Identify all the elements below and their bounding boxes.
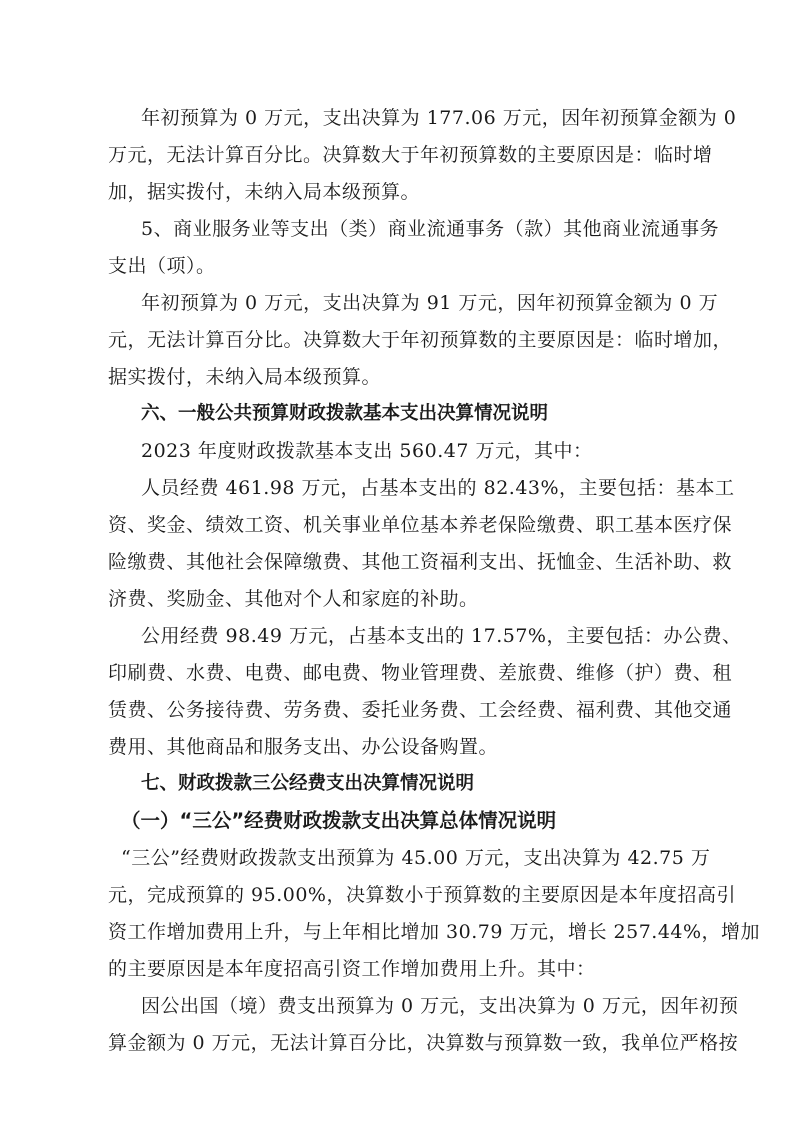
paragraph-line: 资工作增加费用上升，与上年相比增加 30.79 万元，增长 257.44%，增加 xyxy=(108,914,760,950)
paragraph-line: 万元，无法计算百分比。决算数大于年初预算数的主要原因是：临时增 xyxy=(108,137,713,173)
paragraph-line: 人员经费 461.98 万元，占基本支出的 82.43%，主要包括：基本工 xyxy=(141,470,735,506)
paragraph-line: “三公”经费财政拨款支出预算为 45.00 万元，支出决算为 42.75 万 xyxy=(121,840,710,876)
paragraph-line: 2023 年度财政拨款基本支出 560.47 万元，其中： xyxy=(141,433,592,469)
paragraph-line: 公用经费 98.49 万元，占基本支出的 17.57%，主要包括：办公费、 xyxy=(141,618,741,654)
paragraph-line: 的主要原因是本年度招高引资工作增加费用上升。其中： xyxy=(108,951,596,987)
section-heading-7: 七、财政拨款三公经费支出决算情况说明 xyxy=(141,766,474,802)
paragraph-line: 算金额为 0 万元，无法计算百分比，决算数与预算数一致，我单位严格按 xyxy=(108,1025,738,1061)
paragraph-line: 元，无法计算百分比。决算数大于年初预算数的主要原因是：临时增加， xyxy=(108,322,732,358)
paragraph-line: 济费、奖励金、其他对个人和家庭的补助。 xyxy=(108,581,479,617)
paragraph-line: 年初预算为 0 万元，支出决算为 91 万元，因年初预算金额为 0 万 xyxy=(141,285,718,321)
paragraph-line: 元，完成预算的 95.00%，决算数小于预算数的主要原因是本年度招高引 xyxy=(108,877,736,913)
paragraph-line: 赁费、公务接待费、劳务费、委托业务费、工会经费、福利费、其他交通 xyxy=(108,692,732,728)
paragraph-line: 年初预算为 0 万元，支出决算为 177.06 万元，因年初预算金额为 0 xyxy=(141,100,736,136)
paragraph-line: 印刷费、水费、电费、邮电费、物业管理费、差旅费、维修（护）费、租 xyxy=(108,655,732,691)
section-heading-6: 六、一般公共预算财政拨款基本支出决算情况说明 xyxy=(141,396,548,432)
paragraph-line: 因公出国（境）费支出预算为 0 万元，支出决算为 0 万元，因年初预 xyxy=(141,988,738,1024)
subsection-heading-1: （一）“三公”经费财政拨款支出决算总体情况说明 xyxy=(121,803,556,839)
paragraph-line: 资、奖金、绩效工资、机关事业单位基本养老保险缴费、职工基本医疗保 xyxy=(108,507,732,543)
paragraph-line: 险缴费、其他社会保障缴费、其他工资福利支出、抚恤金、生活补助、救 xyxy=(108,544,732,580)
paragraph-line: 费用、其他商品和服务支出、办公设备购置。 xyxy=(108,729,498,765)
list-item-5-cont: 支出（项）。 xyxy=(108,248,216,284)
paragraph-line: 据实拨付，未纳入局本级预算。 xyxy=(108,359,381,395)
list-item-5: 5、商业服务业等支出（类）商业流通事务（款）其他商业流通事务 xyxy=(141,211,719,247)
paragraph-line: 加，据实拨付，未纳入局本级预算。 xyxy=(108,174,420,210)
